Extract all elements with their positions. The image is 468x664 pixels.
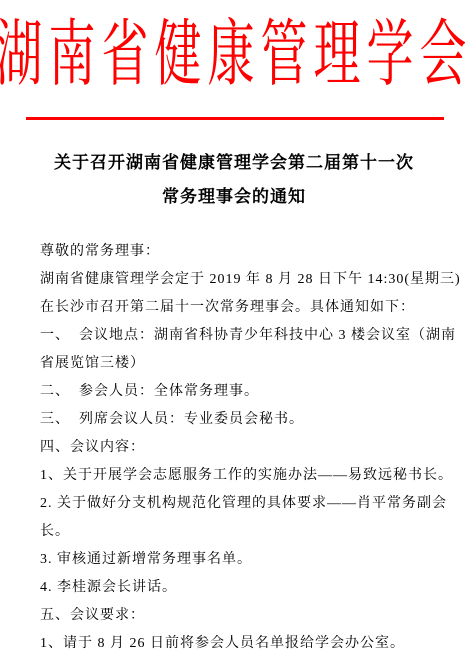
intro-line-2: 在长沙市召开第二届十一次常务理事会。具体通知如下： [40, 294, 444, 322]
attendees-text: 参会人员：全体常务理事。 [79, 384, 259, 399]
doc-title-line-2: 常务理事会的通知 [0, 180, 468, 214]
agenda-item-3: 3. 审核通过新增常务理事名单。 [40, 546, 444, 574]
agenda-item-2-continuation: 长。 [40, 518, 444, 546]
attendees-item: 二、参会人员：全体常务理事。 [40, 378, 444, 406]
meeting-location-text: 会议地点：湖南省科协青少年科技中心 3 楼会议室（湖南 [79, 328, 456, 343]
agenda-item-1: 1、关于开展学会志愿服务工作的实施办法——易致远秘书长。 [40, 462, 444, 490]
doc-title: 关于召开湖南省健康管理学会第二届第十一次 常务理事会的通知 [0, 146, 468, 214]
agenda-item-4: 4. 李桂源会长讲话。 [40, 574, 444, 602]
observers-item: 三、列席会议人员：专业委员会秘书。 [40, 406, 444, 434]
list-marker: 一、 [40, 322, 70, 350]
observers-text: 列席会议人员：专业委员会秘书。 [79, 412, 304, 427]
org-header: 湖南省健康管理学会 [0, 8, 468, 104]
agenda-item-2: 2. 关于做好分支机构规范化管理的具体要求——肖平常务副会 [40, 490, 444, 518]
header-divider-rule [26, 117, 444, 120]
document-page: 湖南省健康管理学会 关于召开湖南省健康管理学会第二届第十一次 常务理事会的通知 … [0, 0, 468, 664]
doc-title-line-1: 关于召开湖南省健康管理学会第二届第十一次 [0, 146, 468, 180]
requirements-heading: 五、会议要求： [40, 602, 444, 630]
requirement-item-1: 1、请于 8 月 26 日前将参会人员名单报给学会办公室。 [40, 630, 444, 658]
meeting-location-item: 一、会议地点：湖南省科协青少年科技中心 3 楼会议室（湖南 [40, 322, 444, 350]
list-marker: 三、 [40, 406, 70, 434]
meeting-location-continuation: 省展览馆三楼） [40, 350, 444, 378]
doc-body: 尊敬的常务理事： 湖南省健康管理学会定于 2019 年 8 月 28 日下午 1… [40, 238, 444, 658]
salutation: 尊敬的常务理事： [40, 238, 444, 266]
list-marker: 二、 [40, 378, 70, 406]
agenda-heading: 四、会议内容： [40, 434, 444, 462]
org-name-text: 湖南省健康管理学会 [0, 20, 468, 93]
intro-line-1: 湖南省健康管理学会定于 2019 年 8 月 28 日下午 14:30(星期三) [40, 266, 444, 294]
